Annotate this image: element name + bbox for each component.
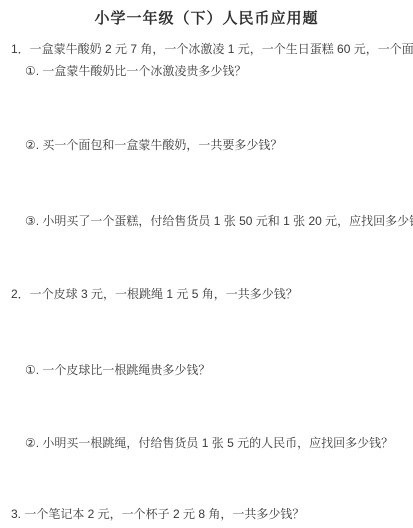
problem-2-text: 2．一个皮球 3 元，一根跳绳 1 元 5 角，一共多少钱？ (11, 287, 298, 301)
problem-1-subquestion-1: ①. 一盒蒙牛酸奶比一个冰激凌贵多少钱？ (25, 64, 246, 78)
problem-1-subquestion-2: ②. 买一个面包和一盒蒙牛酸奶，一共要多少钱？ (25, 138, 282, 152)
worksheet-page: 小学一年级（下）人民币应用题 1．一盒蒙牛酸奶 2 元 7 角，一个冰激凌 1 … (0, 0, 413, 528)
problem-2-subquestion-1: ①. 一个皮球比一根跳绳贵多少钱？ (25, 363, 210, 377)
problem-3-text: 3. 一个笔记本 2 元，一个杯子 2 元 8 角，一共多少钱？ (11, 507, 304, 521)
problem-1-text: 1．一盒蒙牛酸奶 2 元 7 角，一个冰激凌 1 元，一个生日蛋糕 60 元，一… (11, 42, 413, 56)
page-title: 小学一年级（下）人民币应用题 (0, 7, 413, 28)
problem-1-subquestion-3: ③. 小明买了一个蛋糕，付给售货员 1 张 50 元和 1 张 20 元，应找回… (25, 214, 413, 228)
problem-2-subquestion-2: ②. 小明买一根跳绳，付给售货员 1 张 5 元的人民币，应找回多少钱？ (25, 436, 393, 450)
